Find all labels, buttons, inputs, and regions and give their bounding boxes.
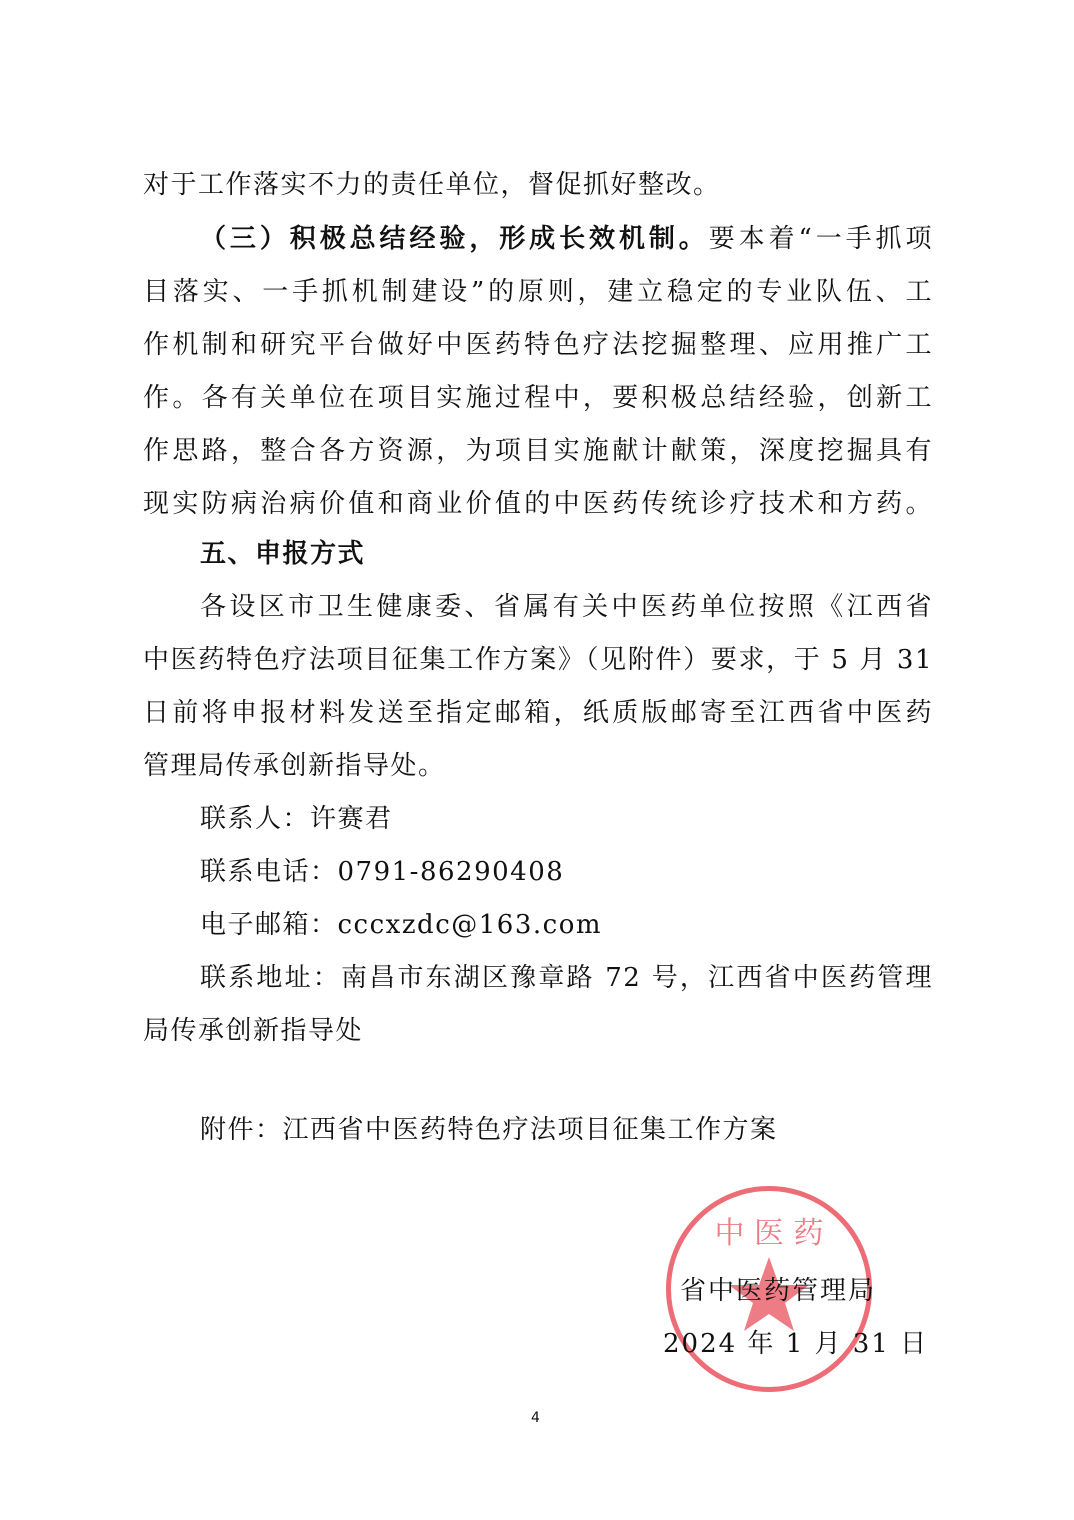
- paragraph-line: 日前将申报材料发送至指定邮箱，纸质版邮寄至江西省中医药: [143, 696, 933, 730]
- signature-date: 2024 年 1 月 31 日: [663, 1327, 928, 1361]
- contact-address: 联系地址：南昌市东湖区豫章路 72 号，江西省中医药管理: [200, 961, 933, 995]
- svg-text:中 医 药: 中 医 药: [714, 1216, 823, 1251]
- attachment-note: 附件：江西省中医药特色疗法项目征集工作方案: [200, 1113, 933, 1147]
- paragraph-line: 作思路，整合各方资源，为项目实施献计献策，深度挖掘具有: [143, 434, 933, 468]
- contact-phone: 联系电话：0791-86290408: [200, 855, 933, 889]
- paragraph-line: （三）积极总结经验，形成长效机制。要本着“一手抓项: [200, 222, 933, 256]
- bold-lead: （三）积极总结经验，形成长效机制。: [200, 224, 709, 254]
- paragraph-line: 作。各有关单位在项目实施过程中，要积极总结经验，创新工: [143, 381, 933, 415]
- page-number: 4: [531, 1410, 540, 1426]
- paragraph-tail: 对于工作落实不力的责任单位，督促抓好整改。: [143, 168, 933, 202]
- contact-address-cont: 局传承创新指导处: [143, 1014, 933, 1048]
- paragraph-line: 管理局传承创新指导处。: [143, 749, 933, 783]
- paragraph-line: 现实防病治病价值和商业价值的中医药传统诊疗技术和方药。: [143, 487, 933, 521]
- paragraph-line: 中医药特色疗法项目征集工作方案》（见附件）要求，于 5 月 31: [143, 643, 933, 677]
- section-heading: 五、申报方式: [200, 537, 933, 571]
- paragraph-line: 各设区市卫生健康委、省属有关中医药单位按照《江西省: [200, 590, 933, 624]
- contact-person: 联系人：许赛君: [200, 802, 933, 836]
- paragraph-text: 要本着“一手抓项: [709, 224, 933, 254]
- contact-email: 电子邮箱：cccxzdc@163.com: [200, 908, 933, 942]
- paragraph-line: 目落实、一手抓机制建设”的原则，建立稳定的专业队伍、工: [143, 275, 933, 309]
- paragraph-line: 作机制和研究平台做好中医药特色疗法挖掘整理、应用推广工: [143, 328, 933, 362]
- signature-organization: 省中医药管理局: [680, 1274, 876, 1308]
